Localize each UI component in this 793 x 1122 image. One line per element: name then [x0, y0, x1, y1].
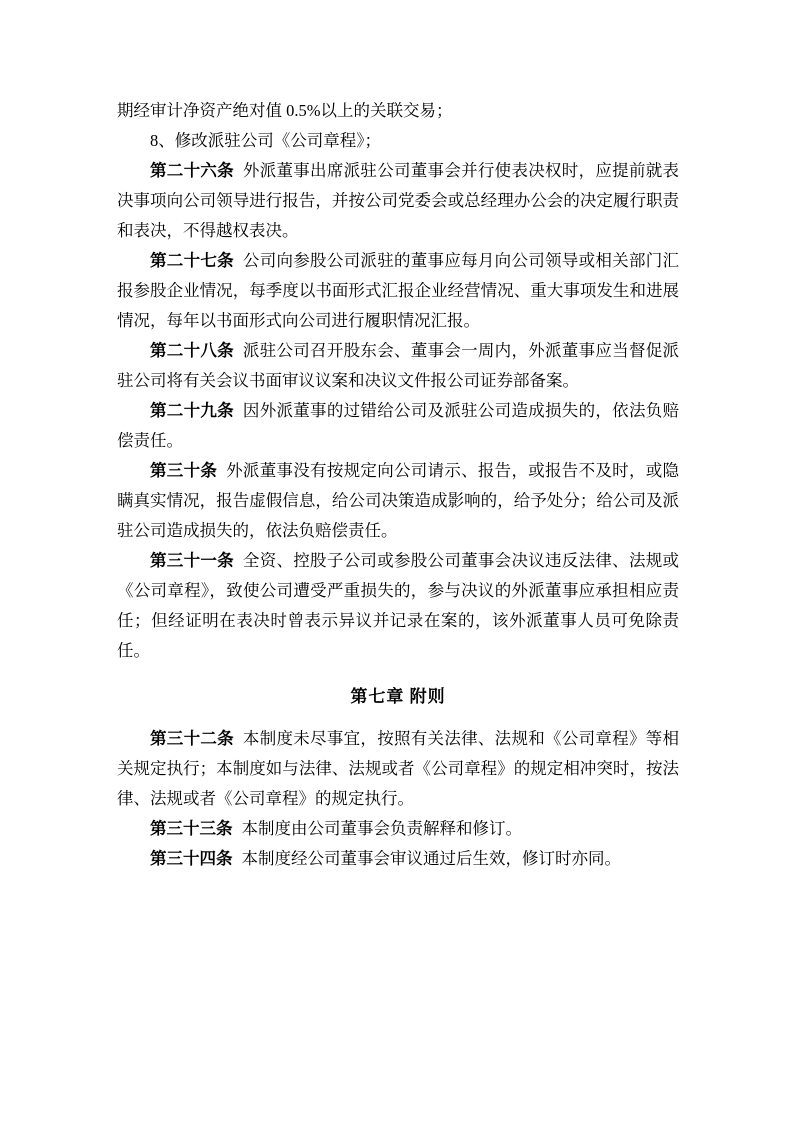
paragraph-continuation: 期经审计净资产绝对值 0.5%以上的关联交易；	[117, 96, 679, 126]
document-page: 期经审计净资产绝对值 0.5%以上的关联交易； 8、修改派驻公司《公司章程》； …	[0, 0, 793, 1122]
article-paragraph-28: 第二十八条派驻公司召开股东会、董事会一周内，外派董事应当督促派驻公司将有关会议书…	[117, 336, 679, 396]
article-number: 第三十条	[150, 461, 226, 480]
article-number: 第三十二条	[150, 729, 243, 748]
article-paragraph-29: 第二十九条因外派董事的过错给公司及派驻公司造成损失的，依法负赔偿责任。	[117, 396, 679, 456]
paragraph-list-item-8: 8、修改派驻公司《公司章程》；	[117, 126, 679, 156]
article-paragraph-30: 第三十条外派董事没有按规定向公司请示、报告，或报告不及时，或隐瞒真实情况，报告虚…	[117, 456, 679, 546]
article-text: 本制度经公司董事会审议通过后生效，修订时亦同。	[242, 849, 622, 868]
article-paragraph-26: 第二十六条外派董事出席派驻公司董事会并行使表决权时，应提前就表决事项向公司领导进…	[117, 156, 679, 246]
article-number: 第二十六条	[150, 161, 243, 180]
article-number: 第二十八条	[150, 341, 243, 360]
article-number: 第三十四条	[150, 849, 242, 868]
article-paragraph-27: 第二十七条公司向参股公司派驻的董事应每月向公司领导或相关部门汇报参股企业情况，每…	[117, 246, 679, 336]
article-number: 第三十三条	[150, 819, 242, 838]
article-paragraph-32: 第三十二条本制度未尽事宜，按照有关法律、法规和《公司章程》等相关规定执行；本制度…	[117, 724, 679, 814]
article-number: 第二十七条	[150, 251, 243, 270]
chapter-heading: 第七章 附则	[117, 682, 679, 712]
article-paragraph-33: 第三十三条本制度由公司董事会负责解释和修订。	[117, 814, 679, 844]
article-paragraph-31: 第三十一条全资、控股子公司或参股公司董事会决议违反法律、法规或《公司章程》，致使…	[117, 546, 679, 666]
article-number: 第三十一条	[150, 551, 243, 570]
article-text: 本制度由公司董事会负责解释和修订。	[242, 819, 523, 838]
article-paragraph-34: 第三十四条本制度经公司董事会审议通过后生效，修订时亦同。	[117, 844, 679, 874]
article-number: 第二十九条	[150, 401, 243, 420]
